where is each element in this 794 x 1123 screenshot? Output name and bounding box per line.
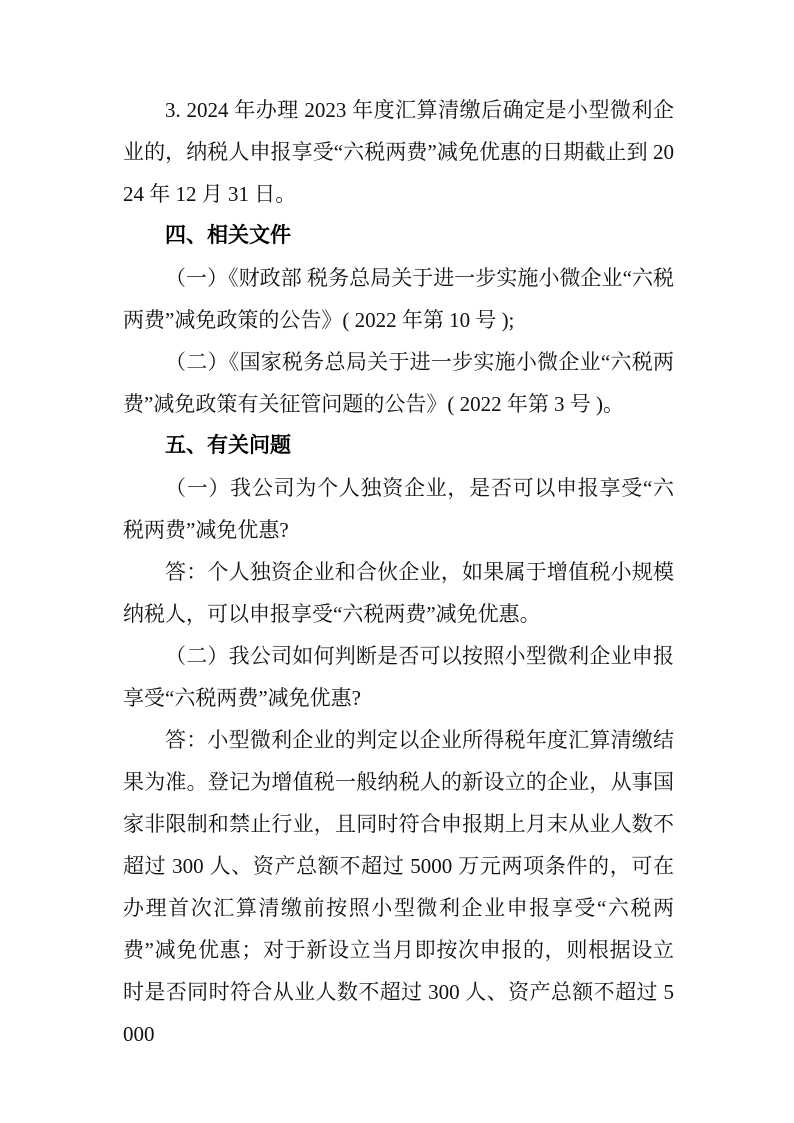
section-heading-questions: 五、有关问题 (123, 425, 674, 467)
section-heading-related-documents: 四、相关文件 (123, 215, 674, 257)
paragraph-question-1: （一）我公司为个人独资企业，是否可以申报享受“六税两费”减免优惠? (123, 467, 674, 551)
paragraph-answer-2: 答：小型微利企业的判定以企业所得税年度汇算清缴结果为准。登记为增值税一般纳税人的… (123, 719, 674, 1055)
document-page: 3. 2024 年办理 2023 年度汇算清缴后确定是小型微利企业的，纳税人申报… (0, 0, 794, 1123)
paragraph-question-2: （二）我公司如何判断是否可以按照小型微利企业申报享受“六税两费”减免优惠? (123, 635, 674, 719)
paragraph-deadline-note: 3. 2024 年办理 2023 年度汇算清缴后确定是小型微利企业的，纳税人申报… (123, 89, 674, 215)
paragraph-answer-1: 答：个人独资企业和合伙企业，如果属于增值税小规模纳税人，可以申报享受“六税两费”… (123, 551, 674, 635)
paragraph-related-doc-1: （一）《财政部 税务总局关于进一步实施小微企业“六税两费”减免政策的公告》( 2… (123, 257, 674, 341)
document-content: 3. 2024 年办理 2023 年度汇算清缴后确定是小型微利企业的，纳税人申报… (123, 89, 674, 1055)
paragraph-related-doc-2: （二）《国家税务总局关于进一步实施小微企业“六税两费”减免政策有关征管问题的公告… (123, 341, 674, 425)
